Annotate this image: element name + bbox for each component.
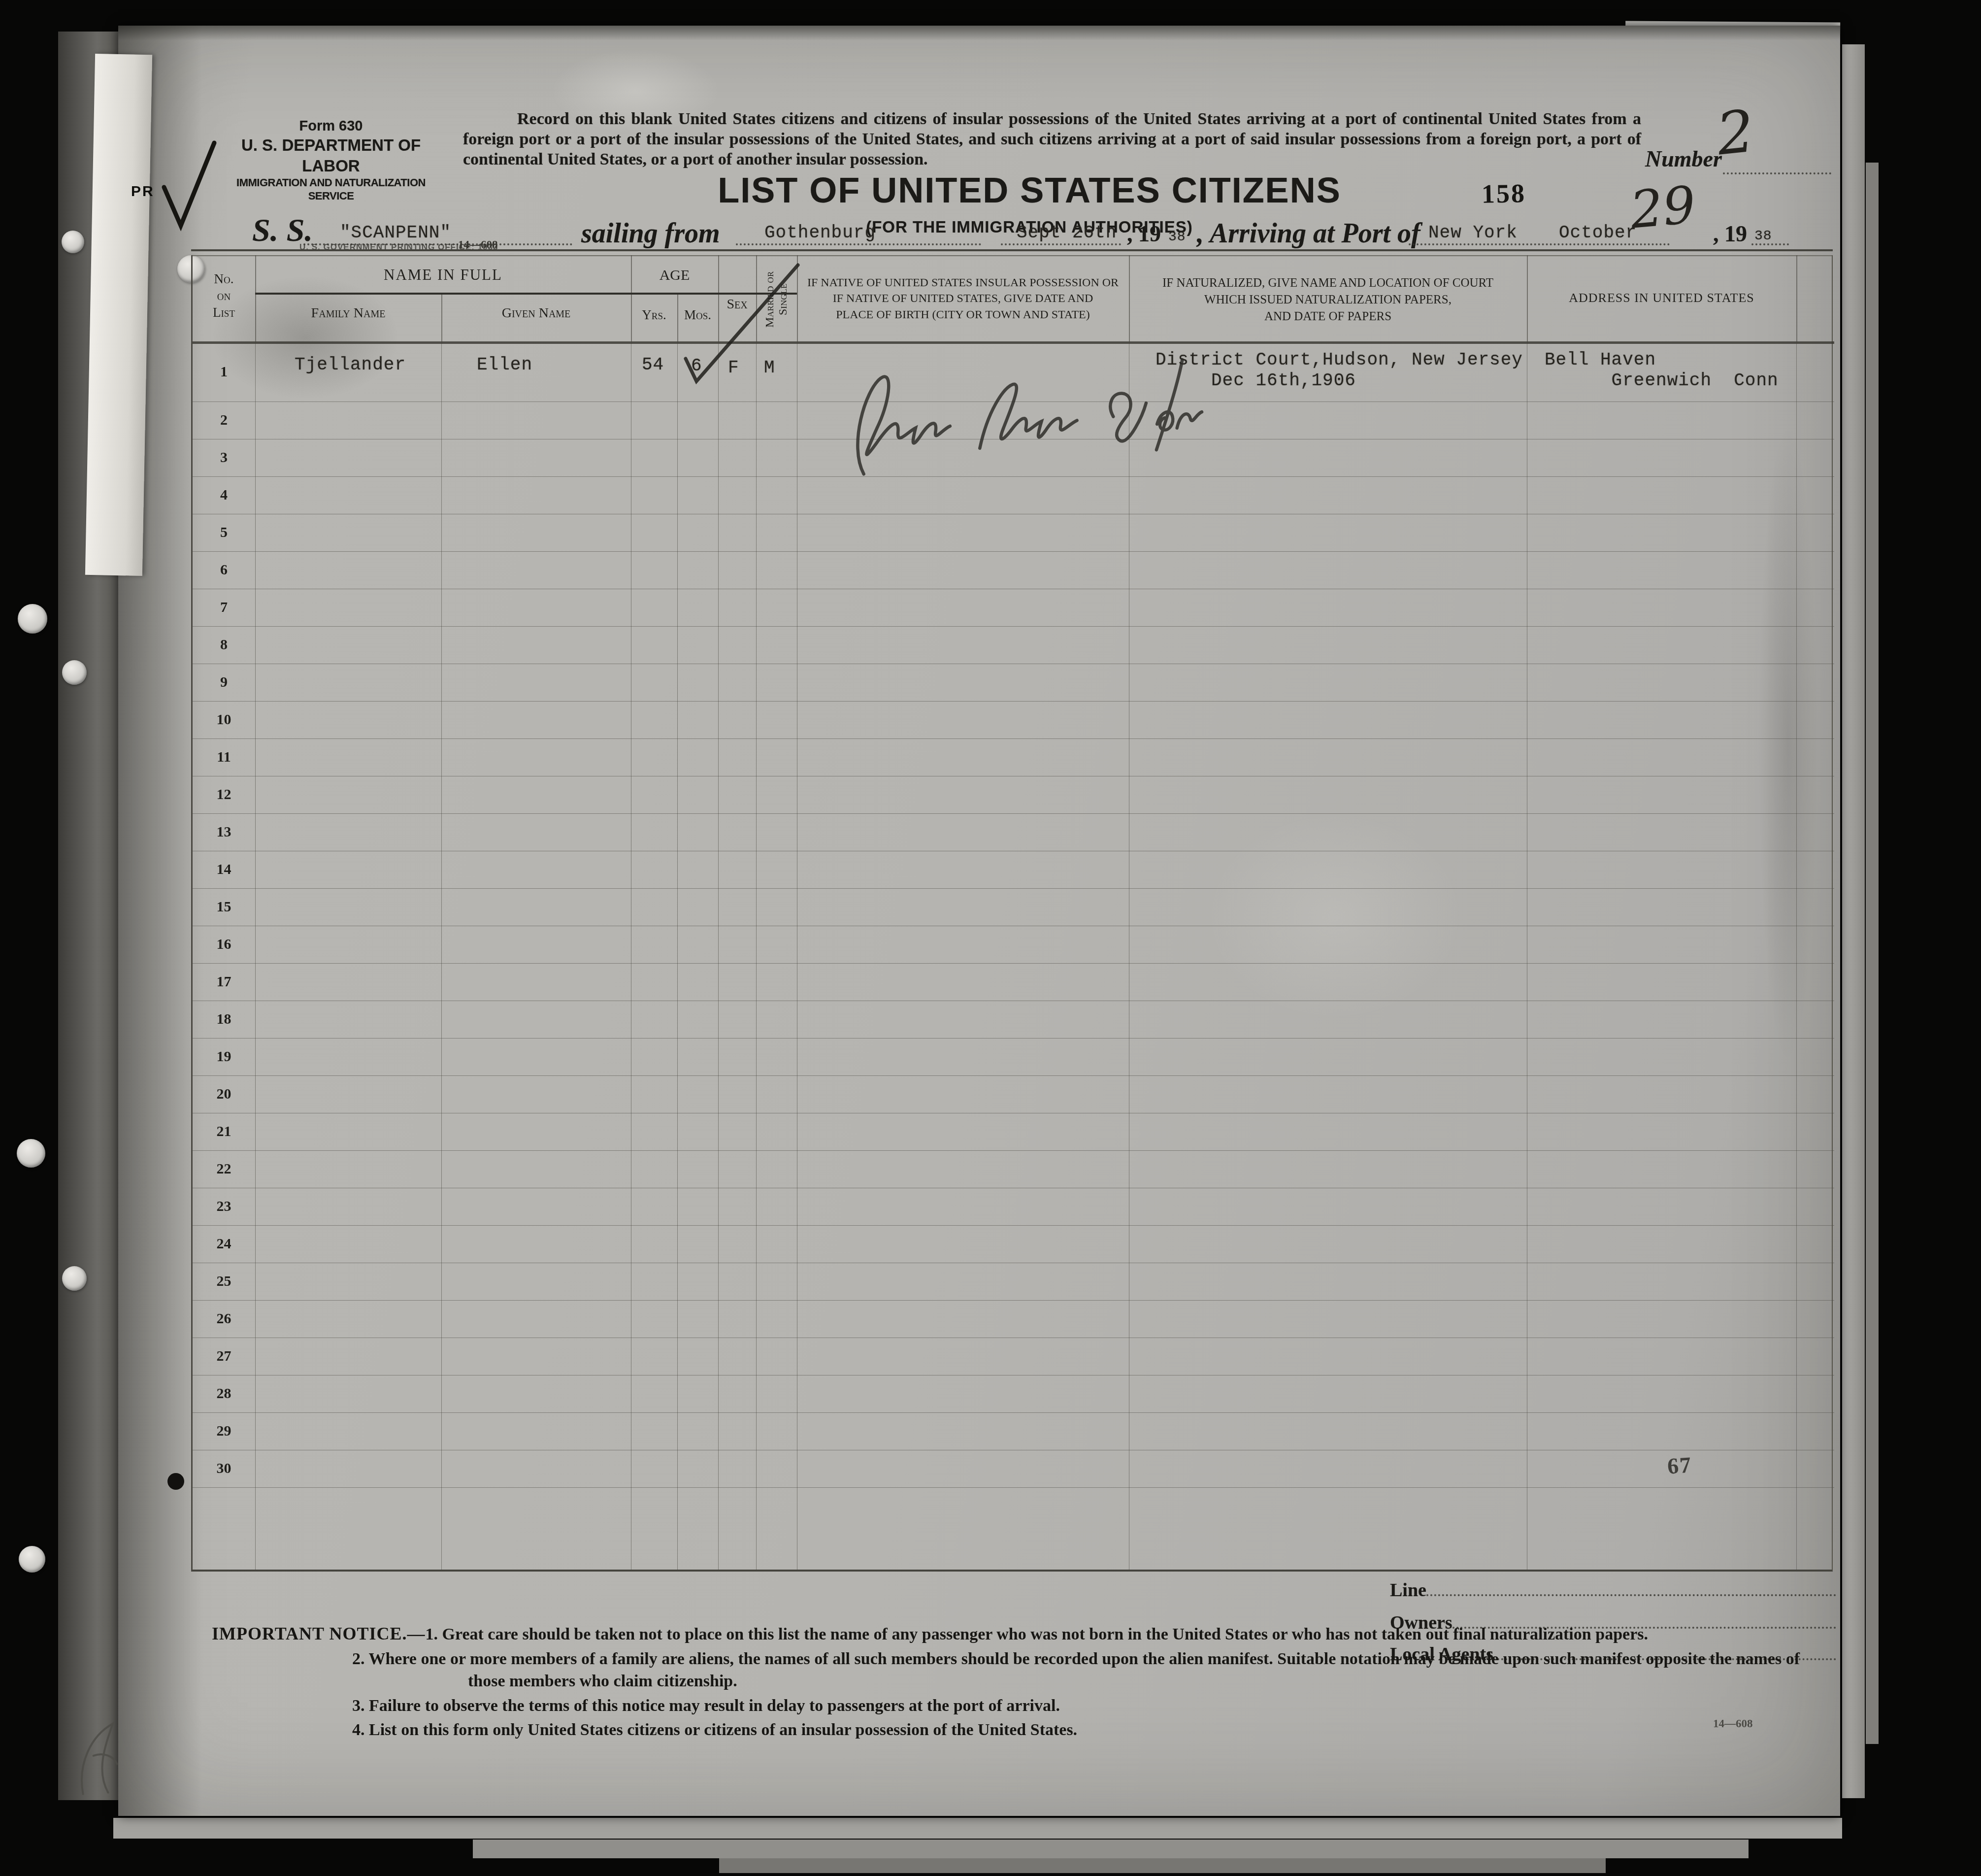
table-row: 29 — [193, 1413, 1834, 1450]
row-number: 14 — [193, 861, 255, 878]
table-row: 27 — [193, 1338, 1834, 1375]
hole-punch — [62, 660, 87, 685]
sailing-port: Gothenburg — [764, 223, 876, 243]
table-row: 21 — [193, 1113, 1834, 1151]
notice-item: 3. Failure to observe the terms of this … — [212, 1695, 1821, 1717]
notice-text: Failure to observe the terms of this not… — [369, 1697, 1060, 1715]
row-number: 2 — [193, 412, 255, 429]
sailing-year-typed: 38 — [1168, 230, 1186, 245]
notice-item: IMPORTANT NOTICE.—1. Great care should b… — [212, 1622, 1821, 1646]
arrival-month: October — [1559, 223, 1637, 243]
column-line — [631, 344, 631, 1570]
sheet-top-shadow — [118, 26, 1840, 40]
row-number: 12 — [193, 786, 255, 803]
table-row: 4 — [193, 477, 1834, 514]
notice-heading: IMPORTANT NOTICE.— — [212, 1624, 425, 1643]
row-number: 22 — [193, 1161, 255, 1177]
row-number: 9 — [193, 674, 255, 691]
sailing-date: Sept 26th — [1017, 223, 1117, 243]
row-number: 29 — [193, 1423, 255, 1440]
header-divider — [1796, 255, 1797, 344]
row-number: 1 — [193, 364, 255, 380]
arrival-day-handwritten: 29 — [1628, 174, 1698, 240]
table-row: 11 — [193, 739, 1834, 776]
col-header-given-name: Given Name — [441, 305, 631, 321]
row-number: 11 — [193, 749, 255, 766]
row-number: 13 — [193, 824, 255, 840]
table-row: 14 — [193, 851, 1834, 889]
hole-punch — [19, 1546, 45, 1573]
col-header-yrs: Yrs. — [631, 307, 677, 323]
cell-yrs: 54 — [642, 355, 664, 375]
row-number: 15 — [193, 899, 255, 915]
row-number: 17 — [193, 973, 255, 990]
arrival-printed-year-19: , 19 — [1713, 221, 1747, 247]
header-divider — [1129, 255, 1130, 344]
col-header-naturalization: IF NATURALIZED, GIVE NAME AND LOCATION O… — [1129, 275, 1527, 325]
hole-punch — [62, 1266, 87, 1291]
table-row: 17 — [193, 964, 1834, 1001]
table-row: 13 — [193, 814, 1834, 851]
table-row: 10 — [193, 702, 1834, 739]
notice-text: Great care should be taken not to place … — [442, 1625, 1648, 1643]
row-number: 23 — [193, 1198, 255, 1215]
table-row: 22 — [193, 1151, 1834, 1188]
row-number: 16 — [193, 936, 255, 953]
col-header-family-name: Family Name — [255, 305, 441, 321]
notice-item: 2. Where one or more members of a family… — [212, 1648, 1821, 1693]
table-row: 25 — [193, 1263, 1834, 1301]
table-row: 16 — [193, 926, 1834, 964]
table-row: 19 — [193, 1038, 1834, 1076]
paper-edge-bottom-2 — [473, 1840, 1749, 1858]
pencil-scribble — [67, 1704, 149, 1807]
row-number: 18 — [193, 1011, 255, 1028]
table-row: 5 — [193, 514, 1834, 552]
column-line — [441, 344, 442, 1570]
notice-text: Where one or more members of a family ar… — [368, 1650, 1800, 1691]
col-header-address: ADDRESS IN UNITED STATES — [1527, 291, 1796, 305]
arriving-label: , Arriving at Port of — [1197, 218, 1420, 249]
form-instructions: Record on this blank United States citiz… — [463, 109, 1641, 169]
page-title: LIST OF UNITED STATES CITIZENS — [630, 170, 1428, 211]
table-row-blank — [193, 1488, 1834, 1572]
row-number: 19 — [193, 1048, 255, 1065]
scanned-manifest-page: PR Form 630 U. S. DEPARTMENT OF LABOR IM… — [0, 0, 1981, 1876]
column-line — [797, 344, 797, 1570]
table-row: 23 — [193, 1188, 1834, 1226]
arrival-year-typed: 38 — [1754, 229, 1772, 244]
inspector-signature — [835, 352, 1214, 480]
bottom-form-code: 14—608 — [1713, 1717, 1753, 1730]
table-row: 18 — [193, 1001, 1834, 1038]
service-name: IMMIGRATION AND NATURALIZATION SERVICE — [218, 176, 444, 203]
col-header-birth: IF NATIVE OF UNITED STATES INSULAR POSSE… — [797, 275, 1129, 323]
table-row: 24 — [193, 1226, 1834, 1263]
underlying-white-page-edge — [85, 54, 152, 576]
cell-naturalization: District Court,Hudson, New Jersey Dec 16… — [1156, 350, 1523, 392]
row-number: 26 — [193, 1310, 255, 1327]
table-row: 30 — [193, 1450, 1834, 1488]
header-divider — [441, 295, 442, 344]
notice-item: 4. List on this form only United States … — [212, 1719, 1821, 1742]
column-line — [1527, 344, 1527, 1570]
paper-edge-right-2 — [1866, 163, 1879, 1744]
table-header: No. on List NAME IN FULL Family Name Giv… — [193, 255, 1834, 344]
table-row: 7 — [193, 589, 1834, 627]
notice-num: 2. — [352, 1650, 365, 1668]
table-body: 1TjellanderEllen546FMDistrict Court,Huds… — [193, 344, 1834, 1572]
row-number: 20 — [193, 1086, 255, 1103]
header-divider — [255, 255, 256, 344]
form-id: Form 630 — [218, 117, 444, 135]
ink-dot — [167, 1473, 184, 1490]
paper-edge-right — [1842, 44, 1865, 1798]
check-mark-handwritten — [160, 139, 219, 233]
number-value-handwritten: 2 — [1714, 97, 1757, 168]
row-number: 10 — [193, 711, 255, 728]
column-line — [1129, 344, 1129, 1570]
row-number: 24 — [193, 1236, 255, 1252]
table-row: 20 — [193, 1076, 1834, 1113]
table-row: 8 — [193, 627, 1834, 664]
hole-punch — [62, 231, 84, 253]
department-name: U. S. DEPARTMENT OF LABOR — [218, 135, 444, 176]
sheet-stamp-67: 67 — [1666, 1451, 1693, 1479]
table-row: 26 — [193, 1301, 1834, 1338]
paper-edge-bottom — [113, 1818, 1842, 1839]
table-row: 9 — [193, 664, 1834, 702]
row-number: 5 — [193, 524, 255, 541]
line-dotted — [1426, 1579, 1836, 1596]
cell-family: Tjellander — [295, 355, 406, 375]
margin-stamp-snippet: PR — [131, 183, 155, 200]
col-header-name-in-full: NAME IN FULL — [255, 266, 631, 284]
row-number: 7 — [193, 599, 255, 616]
line-label: Line — [1390, 1579, 1426, 1601]
paper-edge-bottom-3 — [719, 1858, 1606, 1873]
check-slash-handwritten — [685, 261, 803, 389]
table-row: 28 — [193, 1375, 1834, 1413]
row-number: 21 — [193, 1123, 255, 1140]
row-number: 28 — [193, 1385, 255, 1402]
table-row: 12 — [193, 776, 1834, 814]
row-number: 6 — [193, 562, 255, 578]
page-number-stamp: 158 — [1481, 178, 1526, 209]
table-row: 15 — [193, 889, 1834, 926]
column-line — [677, 344, 678, 1570]
hole-punch — [18, 604, 47, 634]
col-header-no-on-list: No. on List — [193, 271, 255, 321]
column-line — [718, 344, 719, 1570]
important-notice: IMPORTANT NOTICE.—1. Great care should b… — [212, 1622, 1821, 1743]
column-line — [1796, 344, 1797, 1570]
department-block: Form 630 U. S. DEPARTMENT OF LABOR IMMIG… — [218, 117, 444, 203]
row-number: 25 — [193, 1273, 255, 1290]
line-field: Line — [1390, 1579, 1836, 1601]
row-number: 27 — [193, 1348, 255, 1365]
header-divider — [1527, 255, 1528, 344]
table-row: 6 — [193, 552, 1834, 589]
row-number: 8 — [193, 636, 255, 653]
number-label: Number — [1645, 146, 1722, 172]
row-number: 3 — [193, 449, 255, 466]
column-line — [756, 344, 757, 1570]
printed-year-19: , 19 — [1127, 221, 1161, 247]
arrival-port: New York — [1428, 223, 1518, 243]
hole-punch — [17, 1139, 45, 1168]
row-number: 30 — [193, 1460, 255, 1477]
cell-given: Ellen — [477, 355, 532, 375]
row-number: 4 — [193, 487, 255, 503]
ship-name: "SCANPENN" — [340, 223, 451, 243]
column-line — [255, 344, 256, 1570]
sailing-from-label: sailing from — [581, 218, 720, 249]
cell-address: Bell Haven Greenwich Conn — [1545, 350, 1779, 392]
notice-num: 4. — [352, 1721, 365, 1739]
notice-num: 3. — [352, 1697, 365, 1715]
notice-num: 1. — [425, 1625, 438, 1643]
header-divider — [677, 295, 678, 344]
header-divider — [631, 255, 632, 344]
notice-text: List on this form only United States cit… — [369, 1721, 1077, 1739]
